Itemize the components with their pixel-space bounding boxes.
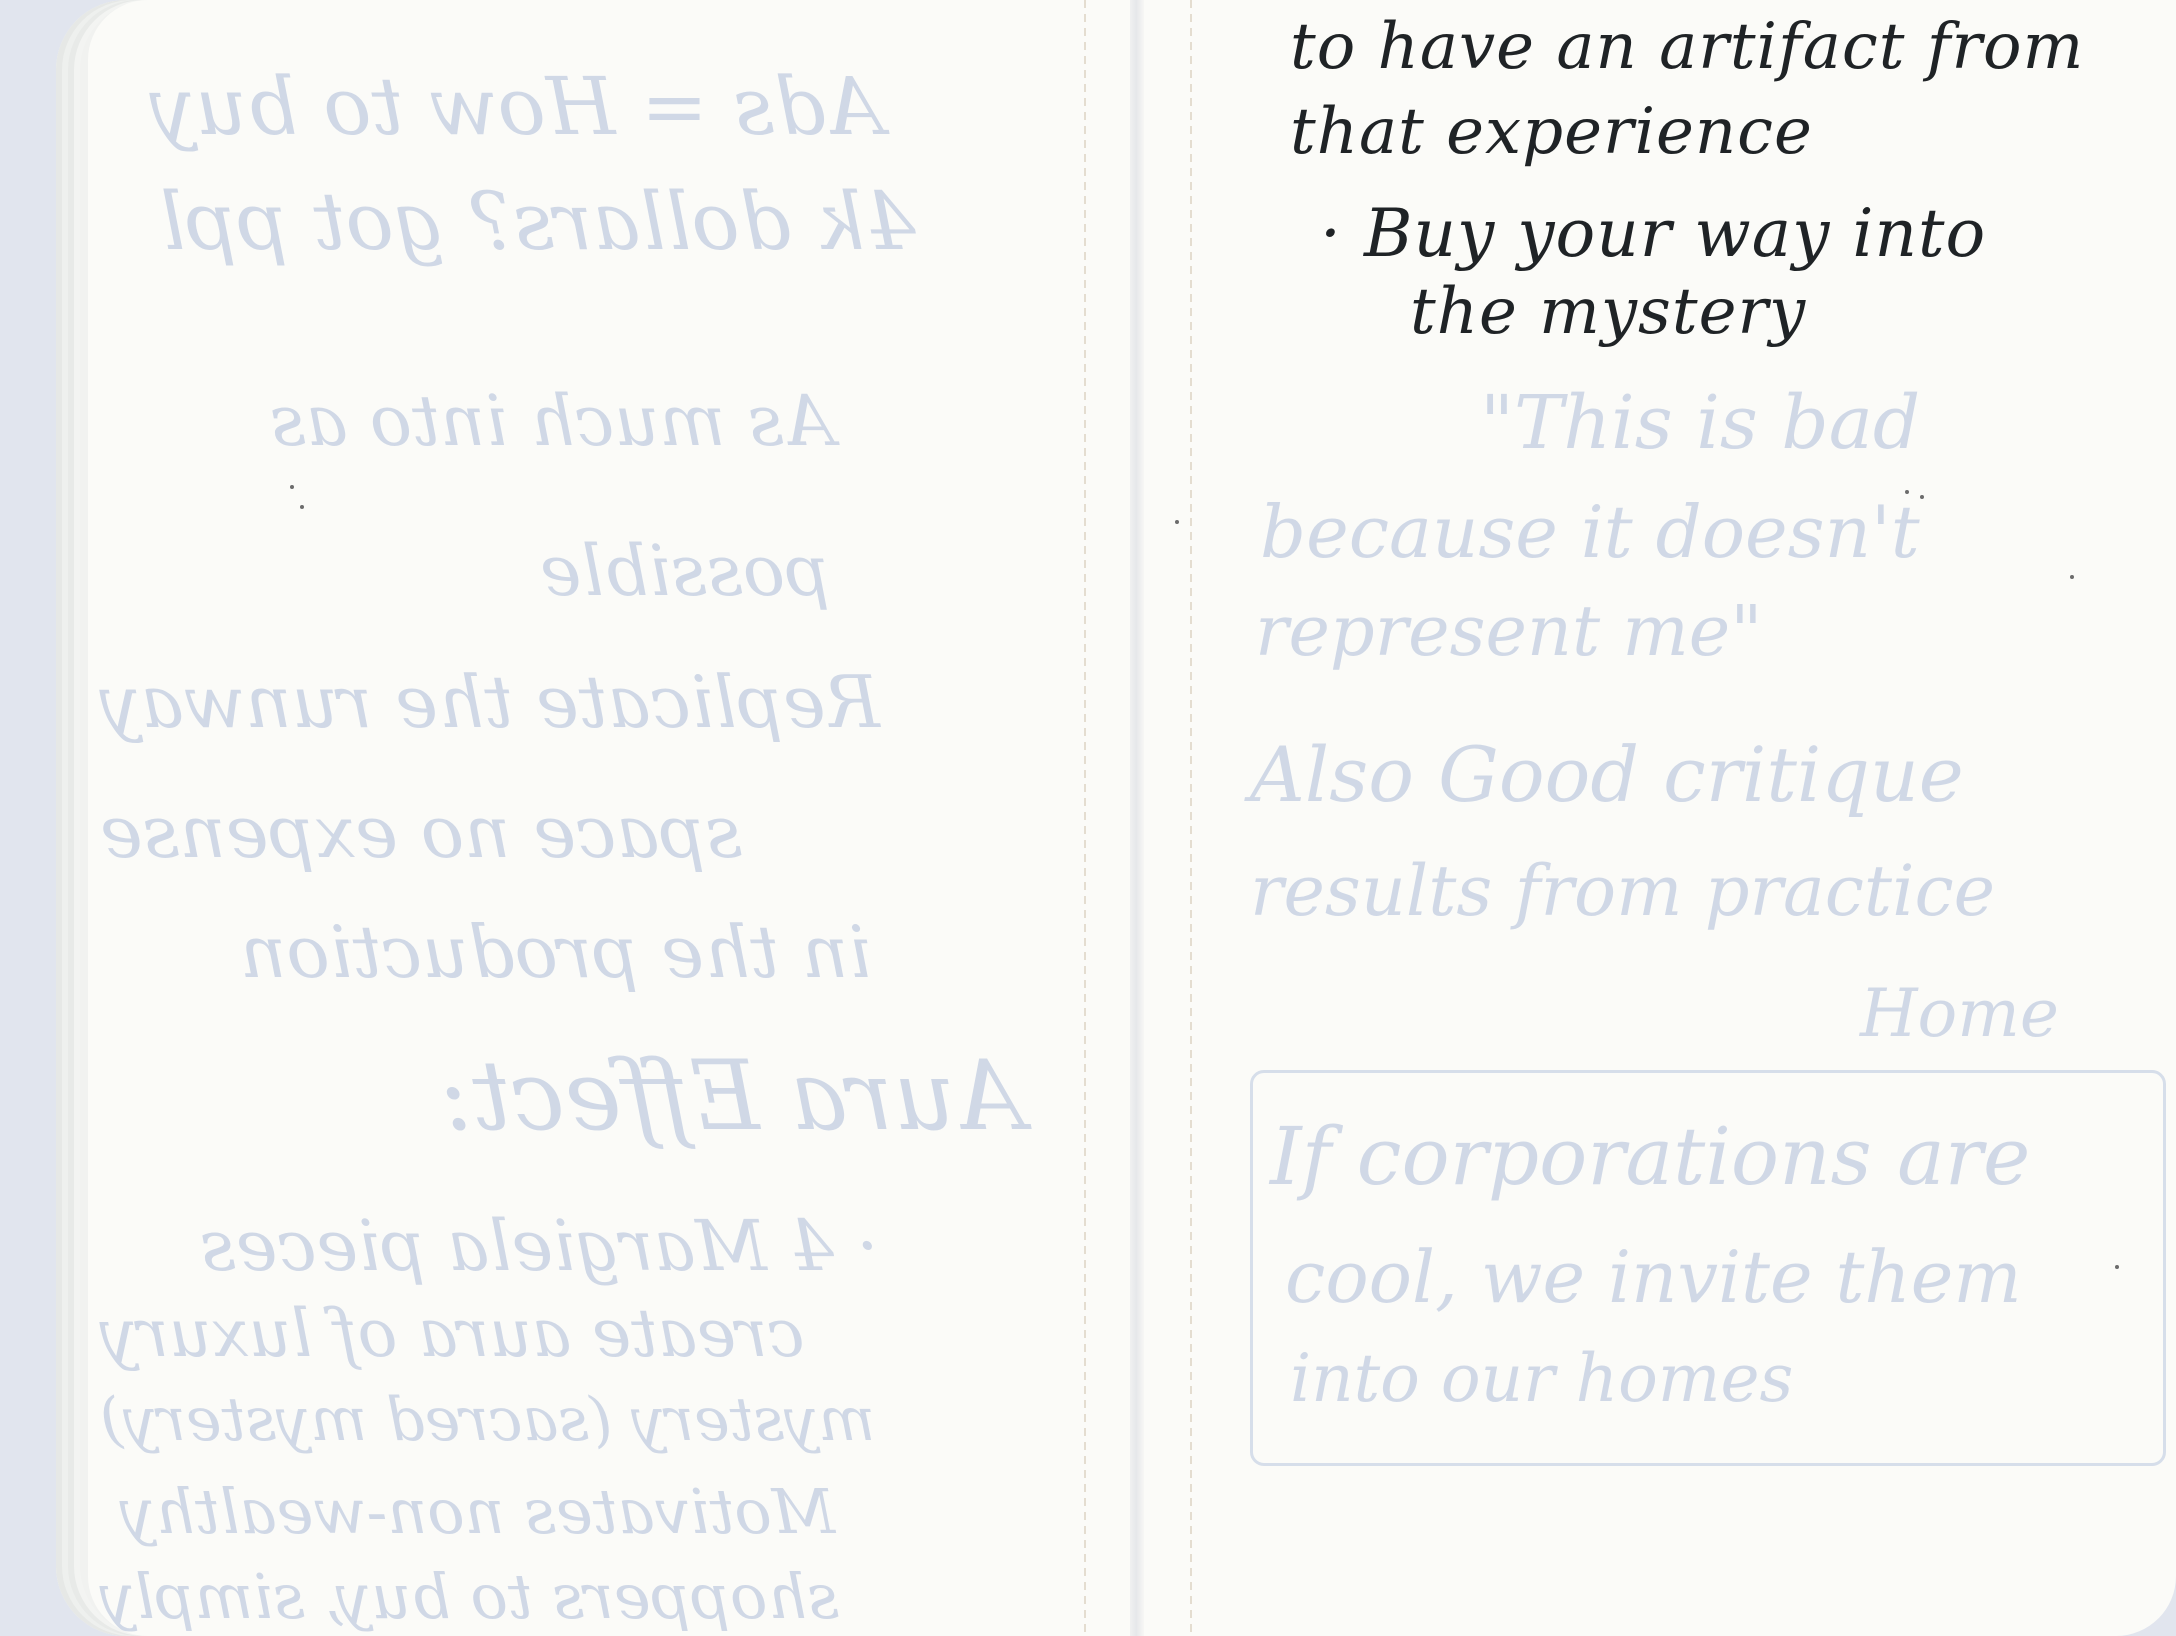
paper-speck	[300, 505, 304, 509]
ghost-line: Home	[1860, 975, 2059, 1052]
ghost-line: in the production	[240, 910, 871, 994]
perforation-line-right	[1190, 0, 1192, 1636]
ghost-line: space no expense	[100, 790, 742, 874]
ghost-line: represent me"	[1255, 590, 1762, 672]
paper-speck	[1905, 490, 1909, 494]
ghost-line: create aura of luxury	[100, 1295, 805, 1372]
notebook-gutter	[1130, 0, 1144, 1636]
ghost-line: Replicate the runway	[100, 660, 880, 744]
paper-speck	[1920, 495, 1924, 499]
ink-line: · Buy your way into	[1320, 195, 1986, 272]
ghost-line: "This is bad	[1480, 380, 1920, 466]
ink-line: to have an artifact from	[1290, 10, 2084, 84]
ink-line: that experience	[1290, 95, 1813, 169]
ghost-line: If corporations are	[1270, 1110, 2030, 1203]
ghost-line: Motivates non-wealthy	[120, 1475, 835, 1548]
ghost-line: mystery (sacred mystery)	[100, 1385, 875, 1455]
ghost-line: Aura Effect:	[440, 1040, 1024, 1152]
paper-speck	[1175, 520, 1179, 524]
ghost-line: 4k dollars? got ppl	[160, 175, 916, 268]
ghost-line: · 4 Margiela pieces	[200, 1205, 878, 1287]
ghost-line: results from practice	[1250, 850, 1995, 932]
ghost-line: Ads = How to buy	[150, 60, 883, 153]
paper-speck	[2070, 575, 2074, 579]
paper-speck	[290, 485, 294, 489]
ghost-line: As much into as	[270, 380, 834, 462]
ghost-line: into our homes	[1290, 1340, 1793, 1417]
ink-line: the mystery	[1410, 275, 1806, 349]
perforation-line-left	[1084, 0, 1086, 1636]
ghost-line: shoppers to buy, simply	[100, 1560, 839, 1633]
paper-speck	[2115, 1265, 2119, 1269]
ghost-line: possible	[540, 530, 830, 612]
ghost-line: cool, we invite them	[1285, 1235, 2022, 1319]
ghost-line: because it doesn't	[1260, 490, 1920, 574]
ghost-line: Also Good critique	[1250, 730, 1964, 819]
